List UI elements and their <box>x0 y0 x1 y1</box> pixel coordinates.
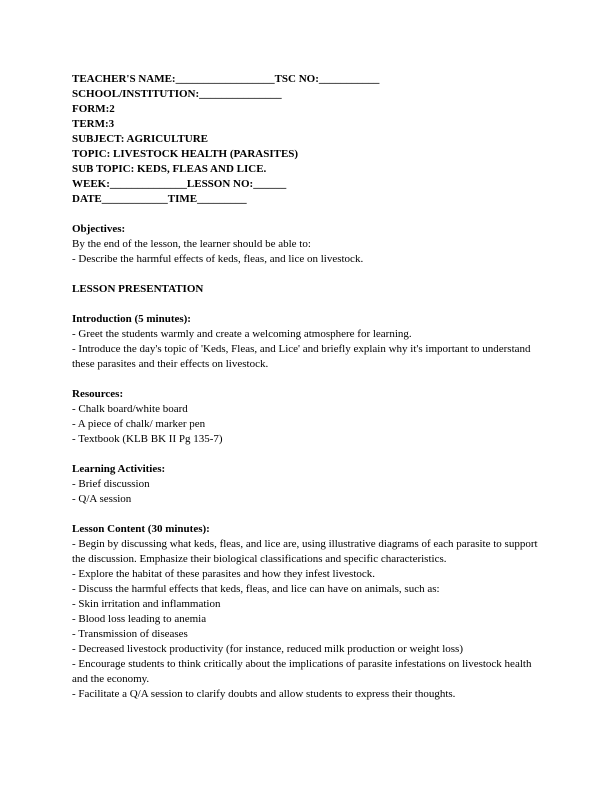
introduction-section: Introduction (5 minutes): - Greet the st… <box>72 312 542 372</box>
topic-line: TOPIC: LIVESTOCK HEALTH (PARASITES) <box>72 147 542 162</box>
lesson-content-section: Lesson Content (30 minutes): - Begin by … <box>72 522 542 702</box>
content-item: - Facilitate a Q/A session to clarify do… <box>72 687 542 702</box>
week-lesson-line: WEEK:______________LESSON NO:______ <box>72 177 542 192</box>
spacer <box>72 267 542 282</box>
content-item: - Begin by discussing what keds, fleas, … <box>72 537 542 567</box>
objective-item: - Describe the harmful effects of keds, … <box>72 252 542 267</box>
introduction-item: - Introduce the day's topic of 'Keds, Fl… <box>72 342 542 372</box>
lesson-presentation-heading: LESSON PRESENTATION <box>72 282 542 297</box>
resources-section: Resources: - Chalk board/white board - A… <box>72 387 542 447</box>
resource-item: - Chalk board/white board <box>72 402 542 417</box>
spacer <box>72 207 542 222</box>
content-item: - Discuss the harmful effects that keds,… <box>72 582 542 597</box>
header-block: TEACHER'S NAME:__________________TSC NO:… <box>72 72 542 207</box>
objectives-heading: Objectives: <box>72 222 542 237</box>
spacer <box>72 372 542 387</box>
learning-activities-heading: Learning Activities: <box>72 462 542 477</box>
lesson-content-heading: Lesson Content (30 minutes): <box>72 522 542 537</box>
content-item: - Encourage students to think critically… <box>72 657 542 687</box>
resource-item: - A piece of chalk/ marker pen <box>72 417 542 432</box>
introduction-heading: Introduction (5 minutes): <box>72 312 542 327</box>
resources-heading: Resources: <box>72 387 542 402</box>
lesson-plan-page: TEACHER'S NAME:__________________TSC NO:… <box>72 72 542 702</box>
spacer <box>72 507 542 522</box>
term-line: TERM:3 <box>72 117 542 132</box>
resource-item: - Textbook (KLB BK II Pg 135-7) <box>72 432 542 447</box>
learning-activities-section: Learning Activities: - Brief discussion … <box>72 462 542 507</box>
subject-line: SUBJECT: AGRICULTURE <box>72 132 542 147</box>
school-line: SCHOOL/INSTITUTION:_______________ <box>72 87 542 102</box>
teacher-name-line: TEACHER'S NAME:__________________TSC NO:… <box>72 72 542 87</box>
objectives-intro: By the end of the lesson, the learner sh… <box>72 237 542 252</box>
introduction-item: - Greet the students warmly and create a… <box>72 327 542 342</box>
sub-topic-line: SUB TOPIC: KEDS, FLEAS AND LICE. <box>72 162 542 177</box>
spacer <box>72 297 542 312</box>
content-item: - Blood loss leading to anemia <box>72 612 542 627</box>
form-line: FORM:2 <box>72 102 542 117</box>
content-item: - Decreased livestock productivity (for … <box>72 642 542 657</box>
date-time-line: DATE____________TIME_________ <box>72 192 542 207</box>
objectives-section: Objectives: By the end of the lesson, th… <box>72 222 542 267</box>
spacer <box>72 447 542 462</box>
activity-item: - Brief discussion <box>72 477 542 492</box>
content-item: - Transmission of diseases <box>72 627 542 642</box>
content-item: - Explore the habitat of these parasites… <box>72 567 542 582</box>
content-item: - Skin irritation and inflammation <box>72 597 542 612</box>
activity-item: - Q/A session <box>72 492 542 507</box>
